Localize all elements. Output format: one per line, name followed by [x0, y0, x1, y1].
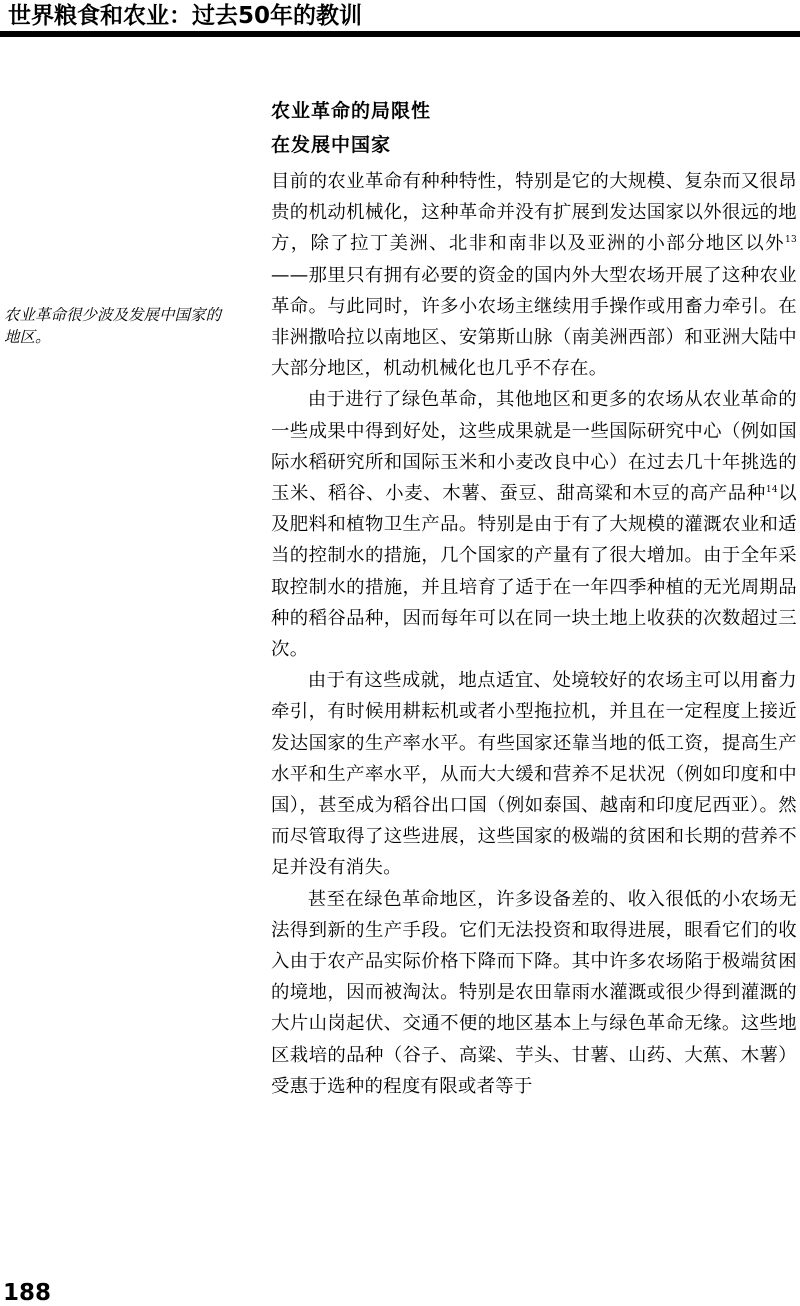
paragraph-1: 目前的农业革命有种种特性，特别是它的大规模、复杂而又很昂贵的机动机械化，这种革命…: [271, 166, 797, 384]
paragraph-4: 甚至在绿色革命地区，许多设备差的、收入很低的小农场无法得到新的生产手段。它们无法…: [271, 884, 797, 1102]
paragraph-2-text-a: 由于进行了绿色革命，其他地区和更多的农场从农业革命的一些成果中得到好处，这些成果…: [271, 389, 797, 504]
margin-note: 农业革命很少波及发展中国家的地区。: [4, 304, 224, 348]
page-number: 188: [3, 1280, 51, 1306]
footnote-ref-13: 13: [785, 235, 797, 245]
header-rule: [0, 31, 800, 37]
paragraph-1-text-b: ——那里只有拥有必要的资金的国内外大型农场开展了这种农业革命。与此同时，许多小农…: [271, 265, 797, 380]
main-column: 农业革命的局限性 在发展中国家 目前的农业革命有种种特性，特别是它的大规模、复杂…: [271, 94, 797, 1102]
paragraph-1-text-a: 目前的农业革命有种种特性，特别是它的大规模、复杂而又很昂贵的机动机械化，这种革命…: [271, 171, 797, 254]
section-title-line-2: 在发展中国家: [271, 128, 797, 162]
running-title: 世界粮食和农业：过去50年的教训: [8, 2, 362, 30]
paragraph-3: 由于有这些成就，地点适宜、处境较好的农场主可以用畜力牵引，有时候用耕耘机或者小型…: [271, 665, 797, 883]
paragraph-2-text-b: 以及肥料和植物卫生产品。特别是由于有了大规模的灌溉农业和适当的控制水的措施，几个…: [271, 483, 797, 660]
footnote-ref-14: 14: [766, 485, 778, 495]
section-title-line-1: 农业革命的局限性: [271, 94, 797, 128]
paragraph-2: 由于进行了绿色革命，其他地区和更多的农场从农业革命的一些成果中得到好处，这些成果…: [271, 384, 797, 665]
